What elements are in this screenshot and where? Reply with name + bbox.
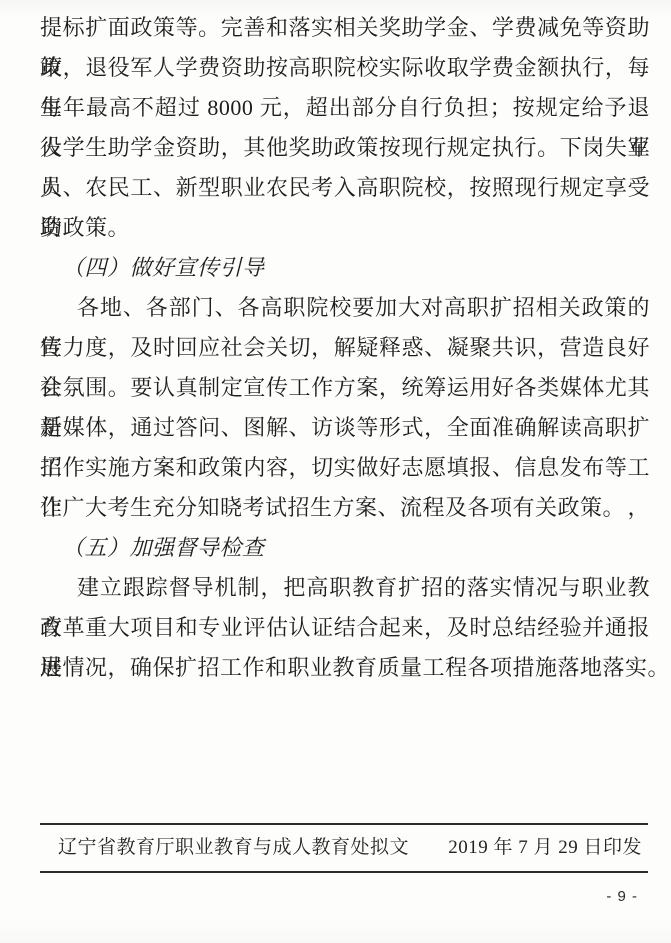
body-text-line: 提标扩面政策等。完善和落实相关奖助学金、学费减免等资助政: [40, 8, 650, 48]
body-text-line: 让广大考生充分知晓考试招生方案、流程及各项有关政策。: [40, 488, 650, 528]
body-text-line: 员、农民工、新型职业农民考入高职院校，按照现行规定享受资: [40, 168, 650, 208]
body-text-line: 人学生助学金资助，其他奖助政策按现行规定执行。下岗失业人: [40, 128, 650, 168]
section-heading-line: （四）做好宣传引导: [40, 248, 650, 288]
body-text-line: 改革重大项目和专业评估认证结合起来，及时总结经验并通报进: [40, 608, 650, 648]
page-number: - 9 -: [606, 888, 638, 905]
footer-row: 辽宁省教育厅职业教育与成人教育处拟文 2019 年 7 月 29 日印发: [40, 833, 648, 863]
scanned-document-page: 提标扩面政策等。完善和落实相关奖助学金、学费减免等资助政策，退役军人学费资助按高…: [0, 0, 671, 943]
document-body-text: 提标扩面政策等。完善和落实相关奖助学金、学费减免等资助政策，退役军人学费资助按高…: [40, 8, 650, 688]
drafting-office-text: 辽宁省教育厅职业教育与成人教育处拟文: [40, 833, 409, 863]
body-text-line: 会氛围。要认真制定宣传工作方案，统筹运用好各类媒体尤其是: [40, 368, 650, 408]
body-text-line: 新媒体，通过答问、图解、访谈等形式，全面准确解读高职扩招: [40, 408, 650, 448]
document-footer: 辽宁省教育厅职业教育与成人教育处拟文 2019 年 7 月 29 日印发: [40, 823, 648, 873]
body-text-line: 传力度，及时回应社会关切，解疑释惑、凝聚共识，营造良好社: [40, 328, 650, 368]
body-text-line: 工作实施方案和政策内容，切实做好志愿填报、信息发布等工作，: [40, 448, 650, 488]
print-date-text: 2019 年 7 月 29 日印发: [448, 833, 648, 863]
body-text-line: 助政策。: [40, 208, 650, 248]
body-text-line: 每年最高不超过 8000 元，超出部分自行负担；按规定给予退役军: [40, 88, 650, 128]
body-text-line: 各地、各部门、各高职院校要加大对高职扩招相关政策的宣: [40, 288, 650, 328]
footer-bottom-rule: [40, 871, 648, 873]
section-heading-line: （五）加强督导检查: [40, 528, 650, 568]
body-text-line: 策，退役军人学费资助按高职院校实际收取学费金额执行，每生: [40, 48, 650, 88]
body-text-line: 建立跟踪督导机制，把高职教育扩招的落实情况与职业教育: [40, 568, 650, 608]
body-text-line: 展情况，确保扩招工作和职业教育质量工程各项措施落地落实。: [40, 648, 650, 688]
footer-top-rule: [40, 823, 648, 825]
